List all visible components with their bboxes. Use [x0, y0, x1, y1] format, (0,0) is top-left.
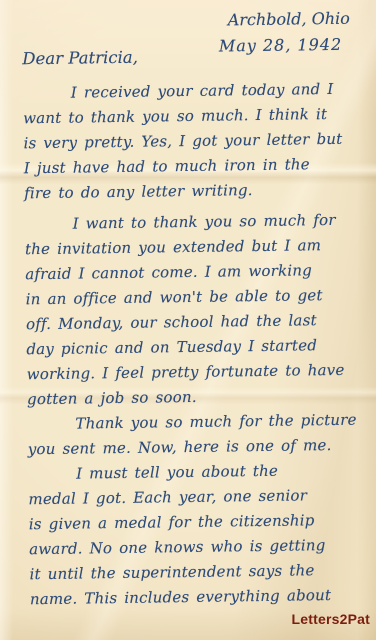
letter-header: Archbold, Ohio May 28, 1942 — [218, 6, 350, 60]
letter-body: I received your card today and I want to… — [23, 77, 372, 613]
watermark: Letters2Pat — [292, 611, 370, 627]
letter-content: Archbold, Ohio May 28, 1942 Dear Patrici… — [0, 0, 376, 640]
letter-page: Archbold, Ohio May 28, 1942 Dear Patrici… — [0, 0, 376, 640]
letter-line: the invitation you extended but I am — [25, 232, 367, 262]
letter-location: Archbold, Ohio — [218, 6, 350, 34]
letter-line: is very pretty. Yes, I got your letter b… — [23, 127, 365, 157]
letter-line: working. I feel pretty fortunate to have — [27, 357, 369, 387]
letter-line: you sent me. Now, here is one of me. — [28, 432, 370, 462]
letter-date: May 28, 1942 — [219, 32, 351, 60]
letter-line: award. No one knows who is getting — [29, 532, 371, 562]
letter-line: name. This includes everything about — [30, 582, 372, 612]
letter-salutation: Dear Patricia, — [22, 48, 138, 69]
letter-line: fire to do any letter writing. — [24, 177, 366, 207]
